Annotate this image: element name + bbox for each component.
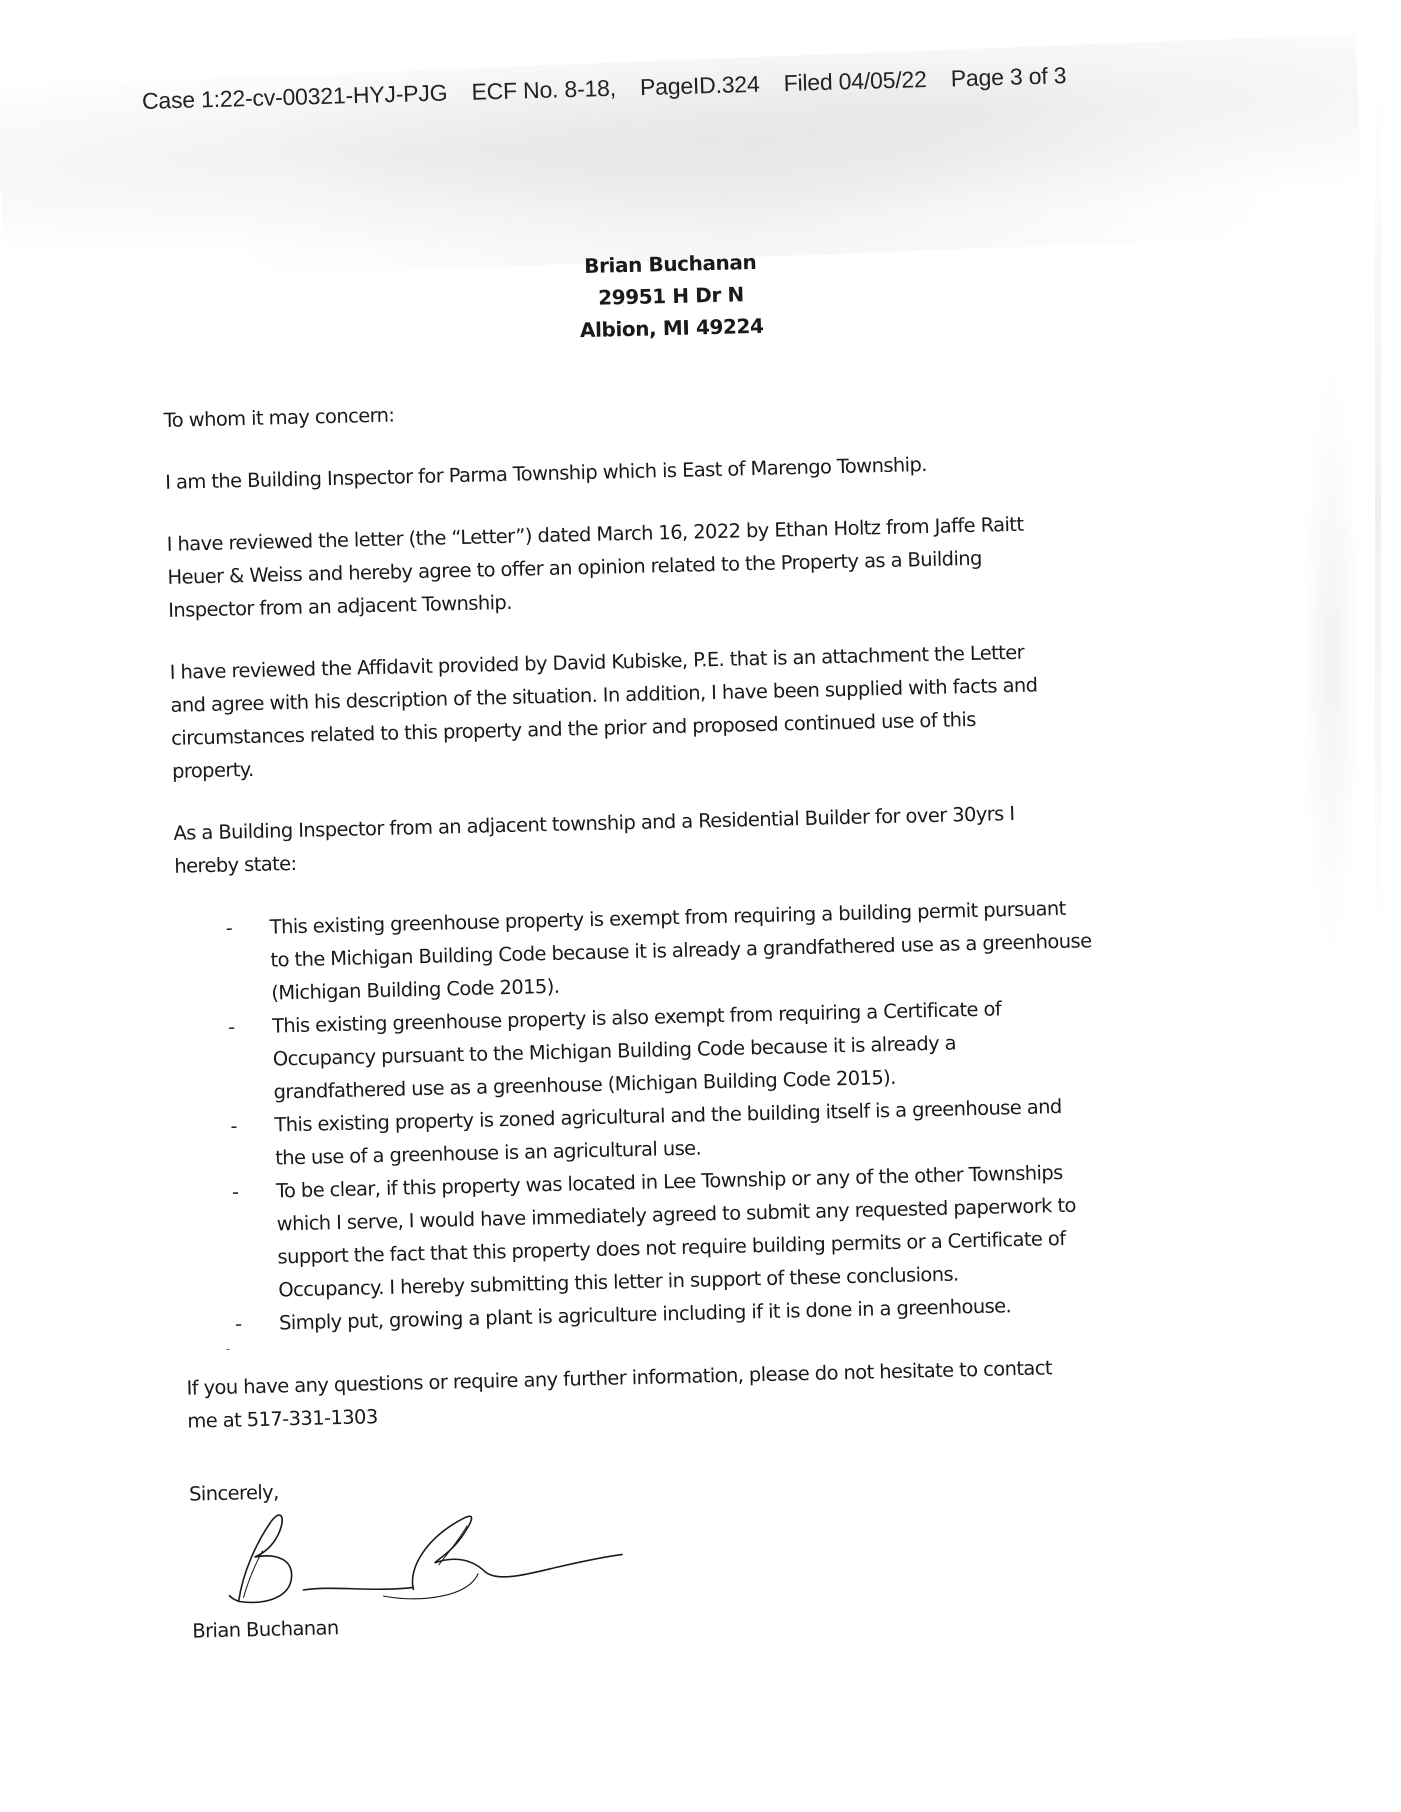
- ecf-number: ECF No. 8-18,: [471, 75, 616, 105]
- scan-noise-right-edge: [1375, 60, 1381, 960]
- paragraph-statement-intro: As a Building Inspector from an adjacent…: [173, 791, 1254, 882]
- bullet-dash: -: [228, 1010, 235, 1043]
- signature-icon: [201, 1492, 624, 1622]
- scan-noise-right-smudge: [1301, 360, 1361, 960]
- page-number: Page 3 of 3: [950, 62, 1066, 91]
- paragraph-line: I am the Building Inspector for Parma To…: [165, 440, 1245, 498]
- paragraph-letter-review: I have reviewed the letter (the “Letter”…: [166, 502, 1248, 626]
- list-item: - To be clear, if this property was loca…: [232, 1151, 1265, 1307]
- sender-city-state-zip: Albion, MI 49224: [521, 308, 822, 347]
- sender-address-block: Brian Buchanan 29951 H Dr N Albion, MI 4…: [520, 244, 822, 347]
- bullet-dash: -: [235, 1307, 242, 1340]
- bullet-dash: -: [232, 1175, 239, 1208]
- letter-body: Brian Buchanan 29951 H Dr N Albion, MI 4…: [160, 235, 1272, 1648]
- closing-paragraph: If you have any questions or require any…: [186, 1346, 1267, 1437]
- statement-list: - This existing greenhouse property is e…: [175, 887, 1265, 1341]
- paragraph-role: I am the Building Inspector for Parma To…: [165, 440, 1245, 498]
- bullet-dash: -: [230, 1109, 237, 1142]
- paragraph-affidavit-review: I have reviewed the Affidavit provided b…: [169, 630, 1252, 787]
- salutation: To whom it may concern:: [163, 379, 1243, 437]
- bullet-dash: -: [225, 911, 232, 944]
- case-number: Case 1:22-cv-00321-HYJ-PJG: [142, 79, 448, 114]
- filed-date: Filed 04/05/22: [783, 66, 927, 96]
- page-id: PageID.324: [640, 71, 760, 100]
- court-filing-header: Case 1:22-cv-00321-HYJ-PJG ECF No. 8-18,…: [142, 62, 1085, 115]
